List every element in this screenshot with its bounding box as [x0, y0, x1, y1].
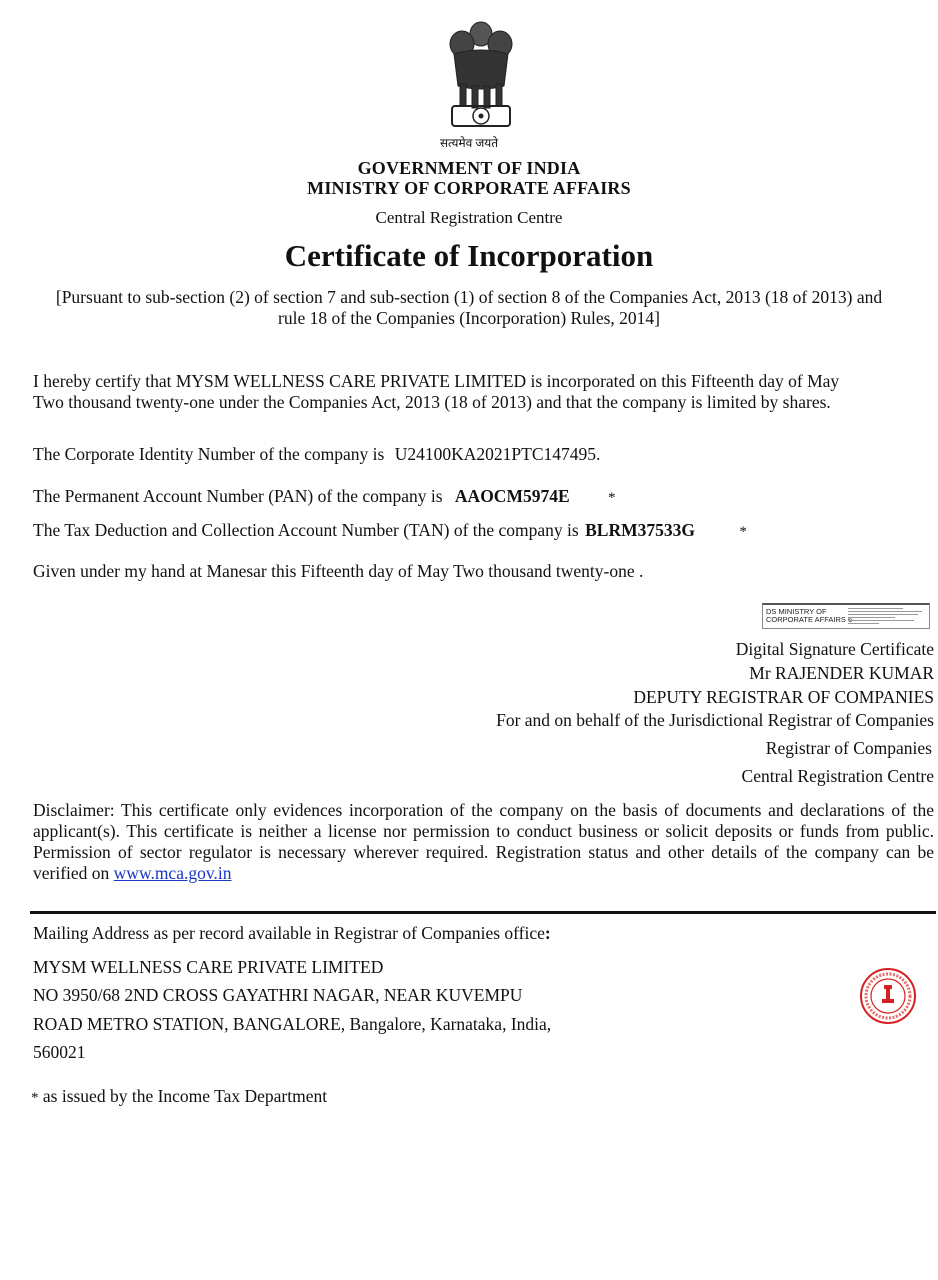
tan-row: The Tax Deduction and Collection Account…: [33, 520, 747, 541]
pursuant-line-2: rule 18 of the Companies (Incorporation)…: [6, 308, 932, 329]
address-line: NO 3950/68 2ND CROSS GAYATHRI NAGAR, NEA…: [33, 985, 522, 1006]
national-emblem-icon: [440, 16, 522, 134]
signature-centre: Central Registration Centre: [742, 766, 934, 787]
mailing-heading-text: Mailing Address as per record available …: [33, 923, 545, 943]
tan-value: BLRM37533G: [585, 520, 695, 540]
mailing-heading-colon: :: [545, 923, 551, 943]
pan-asterisk: *: [608, 490, 616, 506]
address-line: ROAD METRO STATION, BANGALORE, Bangalore…: [33, 1014, 551, 1035]
pan-row: The Permanent Account Number (PAN) of th…: [33, 486, 616, 507]
signature-stamp-label: DS MINISTRY OF CORPORATE AFFAIRS 6: [766, 608, 852, 624]
tan-asterisk: *: [739, 524, 747, 540]
signatory-behalf: For and on behalf of the Jurisdictional …: [496, 710, 934, 731]
disclaimer: Disclaimer: This certificate only eviden…: [33, 800, 934, 884]
signature-details-lines: [848, 608, 926, 626]
certify-statement: I hereby certify that MYSM WELLNESS CARE…: [33, 371, 913, 413]
pursuant-clause: [Pursuant to sub-section (2) of section …: [0, 287, 938, 329]
tan-label: The Tax Deduction and Collection Account…: [33, 520, 579, 540]
pan-label: The Permanent Account Number (PAN) of th…: [33, 486, 443, 506]
pan-value: AAOCM5974E: [455, 486, 570, 506]
cin-label: The Corporate Identity Number of the com…: [33, 444, 384, 464]
cin-row: The Corporate Identity Number of the com…: [33, 444, 600, 465]
signatory-name: Mr RAJENDER KUMAR: [749, 663, 934, 684]
ministry-name: MINISTRY OF CORPORATE AFFAIRS: [0, 178, 938, 198]
header-government: GOVERNMENT OF INDIA MINISTRY OF CORPORAT…: [0, 158, 938, 198]
dsc-label: Digital Signature Certificate: [736, 639, 934, 660]
cin-value: U24100KA2021PTC147495.: [395, 444, 601, 464]
registration-centre: Central Registration Centre: [0, 208, 938, 228]
signatory-designation: DEPUTY REGISTRAR OF COMPANIES: [633, 687, 934, 708]
footnote-text: as issued by the Income Tax Department: [39, 1086, 328, 1106]
registrar-of-companies: Registrar of Companies: [766, 738, 932, 759]
certify-line-1: I hereby certify that MYSM WELLNESS CARE…: [33, 371, 913, 392]
address-line: 560021: [33, 1042, 86, 1063]
digital-signature-stamp[interactable]: DS MINISTRY OF CORPORATE AFFAIRS 6: [762, 603, 930, 629]
mca-link[interactable]: www.mca.gov.in: [114, 863, 232, 883]
government-name: GOVERNMENT OF INDIA: [0, 158, 938, 178]
pursuant-line-1: [Pursuant to sub-section (2) of section …: [6, 287, 932, 308]
roc-seal-icon: [857, 967, 919, 1025]
footnote-asterisk: *: [31, 1090, 39, 1106]
emblem-motto: सत्यमेव जयते: [0, 134, 938, 151]
section-divider: [30, 911, 936, 914]
footnote: * as issued by the Income Tax Department: [31, 1086, 327, 1107]
certify-line-2: Two thousand twenty-one under the Compan…: [33, 392, 913, 413]
stamp-line-2: CORPORATE AFFAIRS 6: [766, 616, 852, 624]
page-title: Certificate of Incorporation: [0, 238, 938, 274]
address-line: MYSM WELLNESS CARE PRIVATE LIMITED: [33, 957, 383, 978]
given-statement: Given under my hand at Manesar this Fift…: [33, 561, 643, 582]
mailing-heading: Mailing Address as per record available …: [33, 923, 551, 944]
